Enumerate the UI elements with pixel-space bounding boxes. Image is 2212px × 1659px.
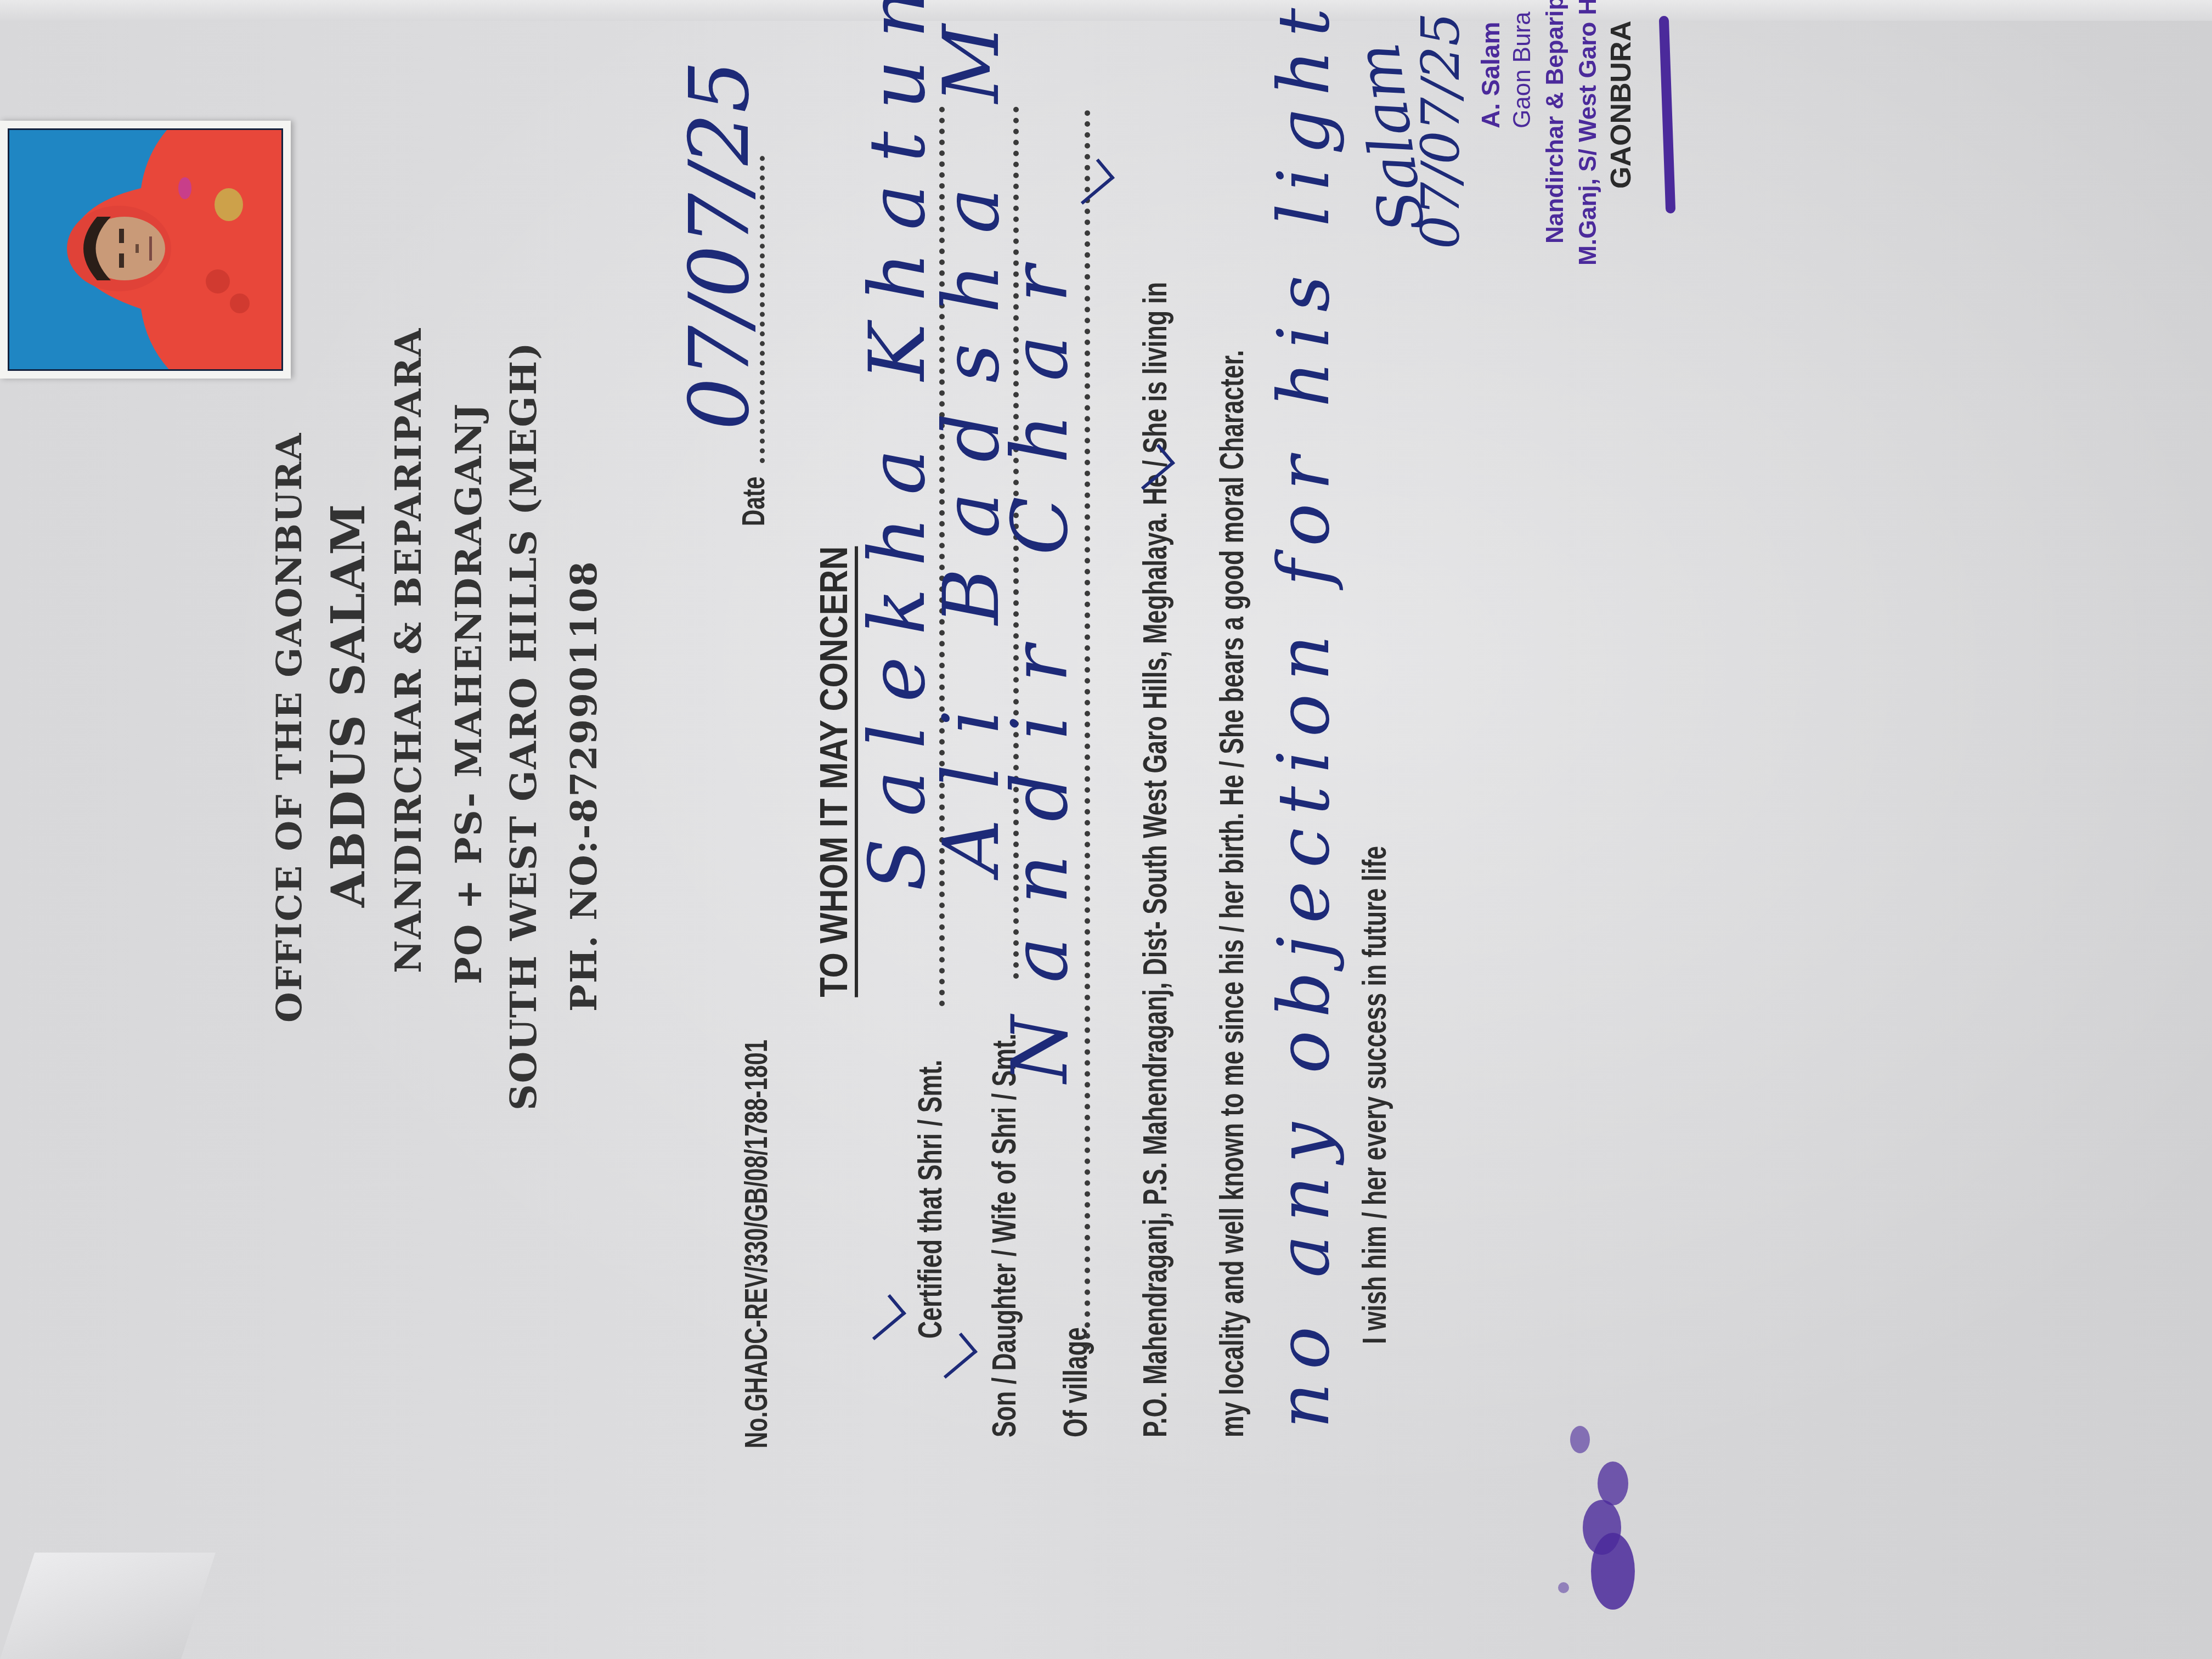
header-villages: NANDIRCHAR & BEPARIPARA xyxy=(387,328,430,973)
stamp-line-villages: Nandirchar & Beparipara xyxy=(1542,0,1569,244)
stamp-line-name: A. Salam xyxy=(1476,22,1505,128)
applicant-photo xyxy=(0,121,291,379)
stamp-line-title: Gaon Bura xyxy=(1509,12,1536,128)
photo-image xyxy=(8,128,283,371)
date-label: Date xyxy=(735,476,772,526)
body-line-locality: my locality and well known to me since h… xyxy=(1212,134,1251,1437)
certificate-title: TO WHOM IT MAY CONCERN xyxy=(812,554,856,997)
portrait-figure-icon xyxy=(9,130,281,369)
closing-line: I wish him / her every success in future… xyxy=(1355,846,1394,1344)
village-dotted-line xyxy=(1085,110,1090,1350)
reference-number: No.GHADC-REV/330/GB/08/1788-1801 xyxy=(738,856,775,1448)
header-office: OFFICE OF THE GAONBURA xyxy=(269,432,310,1023)
ink-smudge xyxy=(1531,1390,1651,1621)
header-district: SOUTH WEST GARO HILLS (MEGH) xyxy=(502,342,545,1110)
header-name: ABDUS SALAM xyxy=(321,503,375,907)
certified-label: Certified that Shri / Smt. xyxy=(911,1060,950,1339)
relation-label: Son / Daughter / Wife of Shri / Smt. xyxy=(985,1034,1024,1437)
paper-photo-background: OFFICE OF THE GAONBURA ABDUS SALAM NANDI… xyxy=(0,0,2212,1659)
signature-date: 07/07/25 xyxy=(1410,13,1471,249)
header-po-ps: PO + PS- MAHENDRAGANJ xyxy=(447,403,490,984)
stamp-line-gaonbura: GAONBURA xyxy=(1605,21,1638,189)
handwritten-remark: no any objection for his light connectio… xyxy=(1262,0,1345,1429)
tick-mark-icon xyxy=(858,1294,906,1340)
tick-mark-icon xyxy=(1066,159,1115,205)
stamp-line-district: M.Ganj, S/ West Garo Hills xyxy=(1575,0,1602,266)
body-line-po: P.O. Mahendraganj, P.S. Mahendraganj, Di… xyxy=(1136,134,1175,1437)
village-name-handwritten: Nandir Char xyxy=(996,233,1085,1083)
date-handwritten: 07/07/25 xyxy=(672,60,768,430)
stamp-ink-stroke xyxy=(1659,16,1676,213)
header-phone: PH. NO:-8729901108 xyxy=(562,560,605,1012)
certificate-document: OFFICE OF THE GAONBURA ABDUS SALAM NANDI… xyxy=(0,0,2212,1659)
tick-mark-icon xyxy=(929,1333,978,1379)
ink-blot-icon xyxy=(1531,1390,1651,1621)
